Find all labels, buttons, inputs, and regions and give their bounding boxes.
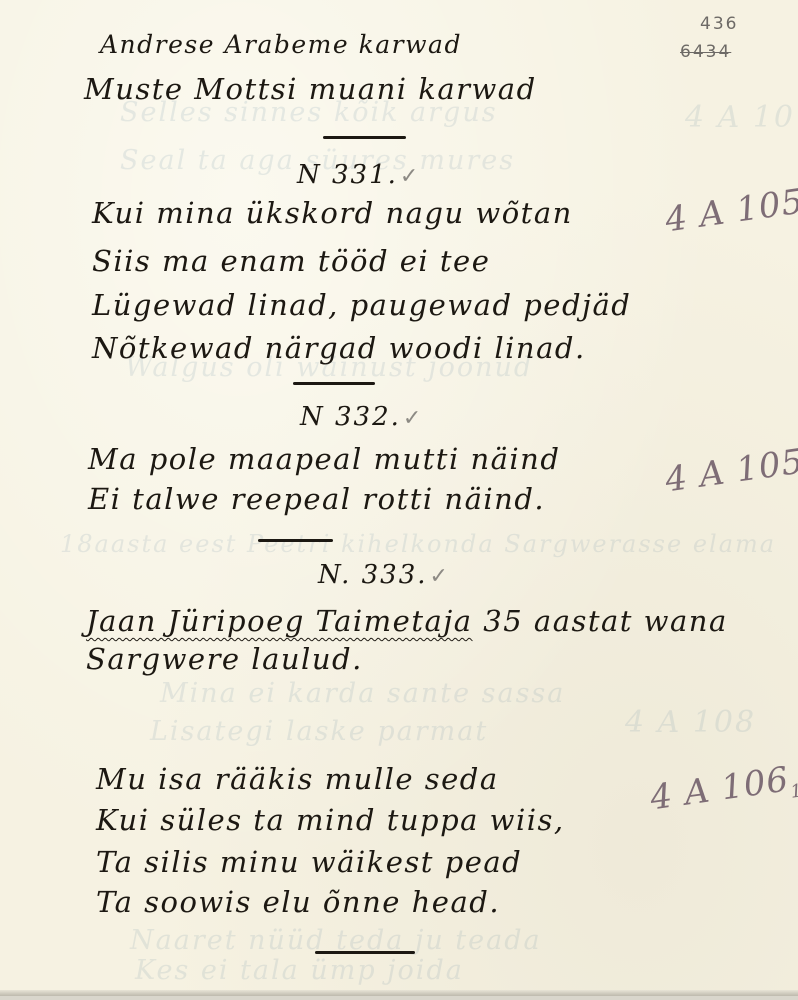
- intro-line: Andrese Arabeme karwad: [100, 30, 462, 59]
- song-line: Kui mina ükskord nagu wõtan: [92, 196, 573, 230]
- song-number-label: N 331.: [297, 160, 398, 190]
- song-line: Ta silis minu wäikest pead: [96, 845, 522, 879]
- pencil-ref-label: 4 A 106: [648, 759, 792, 818]
- song-line: Mu isa rääkis mulle seda: [96, 762, 499, 796]
- informant-place: Sargwere laulud.: [86, 642, 363, 676]
- song-line: Ei talwe reepeal rotti näind.: [88, 482, 545, 516]
- section-divider: [258, 539, 333, 542]
- archive-number-struck: 6434: [680, 42, 760, 62]
- song-line: Ma pole maapeal mutti näind: [88, 442, 560, 476]
- song-number: N 332.✓: [300, 402, 423, 432]
- pencil-reference: 4 A 1052: [663, 180, 798, 245]
- bleed-through-text: Kes ei tala ümp joida: [135, 955, 464, 986]
- pencil-ref-label: 4 A 105: [663, 441, 798, 500]
- informant-name: Jaan Jüripoeg Taimetaja: [86, 604, 473, 638]
- song-line: Nõtkewad närgad woodi linad.: [92, 331, 586, 365]
- archive-number: 436: [700, 14, 738, 34]
- song-line: Siis ma enam tööd ei tee: [92, 244, 490, 278]
- intro-line: Muste Mottsi muani karwad: [84, 72, 537, 106]
- song-number: N. 333.✓: [318, 560, 450, 590]
- song-number-label: N 332.: [300, 402, 401, 432]
- pencil-reference: 4 A 1052: [663, 440, 798, 505]
- informant-line: Jaan Jüripoeg Taimetaja 35 aastat wana: [86, 604, 728, 638]
- informant-age: 35 aastat wana: [483, 604, 727, 638]
- song-number: N 331.✓: [297, 160, 420, 190]
- check-mark-icon: ✓: [403, 406, 423, 431]
- bleed-through-pencil-ref: 4 A 107: [685, 100, 798, 135]
- song-line: Kui süles ta mind tuppa wiis,: [96, 803, 565, 837]
- pencil-ref-sub: 1: [789, 780, 798, 803]
- pencil-reference: 4 A 1061: [648, 758, 798, 823]
- section-divider: [323, 136, 406, 139]
- song-line: Lügewad linad, paugewad pedjäd: [92, 288, 631, 322]
- bleed-through-text: 18aasta eest Peetri kihelkonda Sargweras…: [60, 530, 776, 558]
- check-mark-icon: ✓: [430, 564, 450, 589]
- check-mark-icon: ✓: [400, 164, 420, 189]
- pencil-ref-label: 4 A 105: [663, 181, 798, 240]
- song-number-label: N. 333.: [318, 560, 428, 590]
- bleed-through-pencil-ref: 4 A 108: [625, 705, 756, 740]
- manuscript-page: Selles sinnes kõik argus Seal ta aga süu…: [0, 0, 798, 996]
- section-divider: [293, 382, 375, 385]
- bleed-through-text: Mina ei karda sante sassa: [160, 678, 565, 709]
- section-divider: [315, 951, 415, 954]
- bleed-through-text: Lisategi laske parmat: [150, 716, 488, 747]
- song-line: Ta soowis elu õnne head.: [96, 885, 500, 919]
